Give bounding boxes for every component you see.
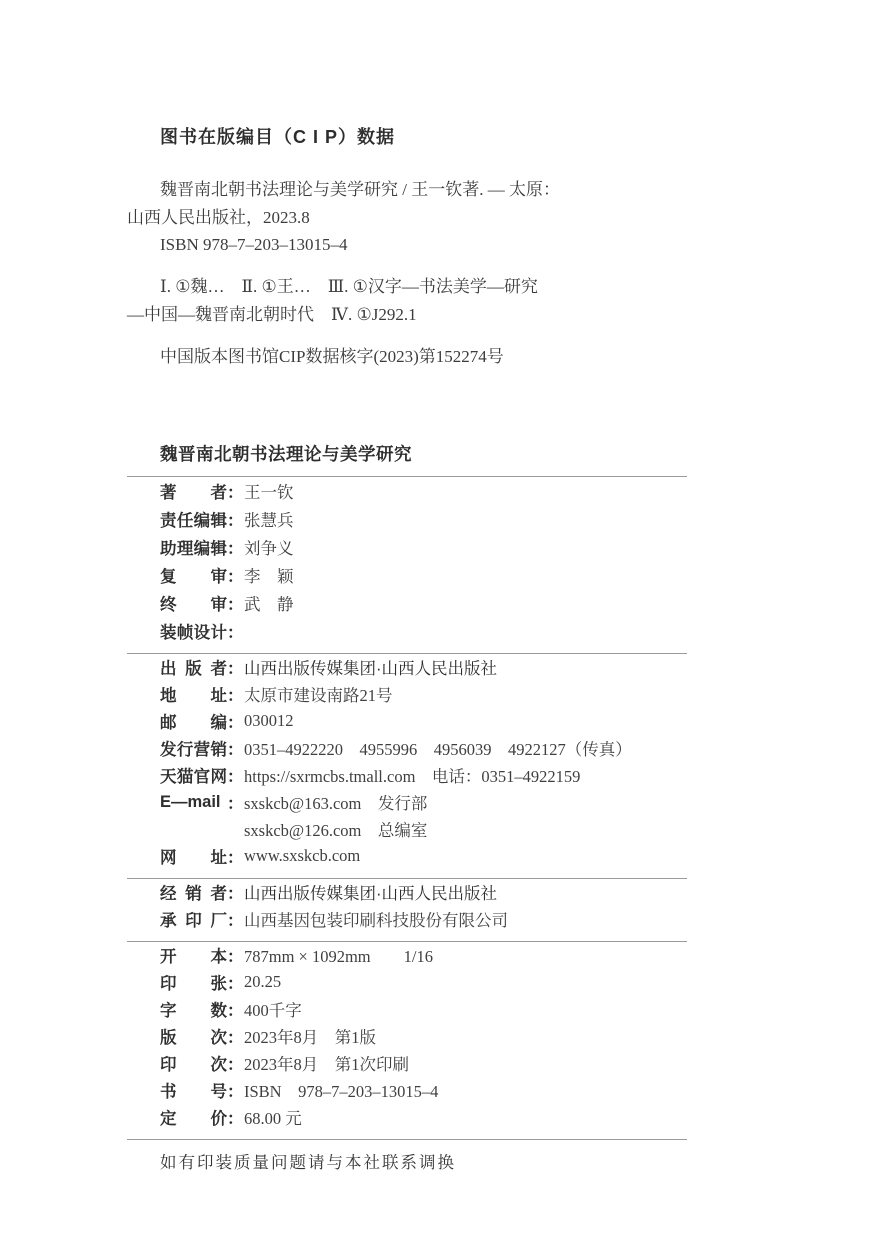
row-email-distribution: E—mail：sxskcb@163.com 发行部: [127, 789, 687, 816]
row-value: sxskcb@163.com 发行部: [244, 790, 427, 814]
row-value: 400千字: [244, 997, 302, 1021]
row-publisher: 出 版 者：山西出版传媒集团·山西人民出版社: [127, 654, 687, 681]
row-value: 武 静: [244, 591, 294, 615]
row-colon: ：: [227, 880, 244, 904]
cip-classification: Ⅰ. ①魏… Ⅱ. ①王… Ⅲ. ①汉字—书法美学—研究 —中国—魏晋南北朝时代…: [127, 273, 687, 329]
cip-title-statement-line2: 山西人民出版社，2023.8: [127, 204, 687, 232]
row-colon: ：: [227, 997, 244, 1021]
row-colon: ：: [227, 479, 244, 503]
row-value: 787mm × 1092mm 1/16: [244, 943, 433, 967]
row-value: 山西出版传媒集团·山西人民出版社: [244, 880, 497, 904]
cip-paragraph: 魏晋南北朝书法理论与美学研究 / 王一钦著. –– 太原： 山西人民出版社，20…: [127, 176, 687, 259]
row-label: 书 号: [160, 1078, 227, 1102]
row-value: 0351–4922220 4955996 4956039 4922127（传真）: [244, 736, 632, 760]
row-value: ISBN 978–7–203–13015–4: [244, 1078, 438, 1102]
row-second-reviewer: 复 审：李 颖: [127, 561, 687, 589]
row-value: 山西基因包装印刷科技股份有限公司: [244, 907, 508, 931]
cip-isbn-line: ISBN 978–7–203–13015–4: [127, 231, 687, 259]
row-label: E—mail: [160, 793, 227, 812]
row-value: 20.25: [244, 972, 281, 992]
row-label: 助理编辑: [160, 535, 227, 559]
distribution-printing-group: 经 销 者：山西出版传媒集团·山西人民出版社 承 印 厂：山西基因包装印刷科技股…: [127, 879, 687, 933]
divider: [127, 1139, 687, 1140]
row-distributor: 经 销 者：山西出版传媒集团·山西人民出版社: [127, 879, 687, 906]
row-colon: ：: [227, 1024, 244, 1048]
row-postcode: 邮 编：030012: [127, 708, 687, 735]
row-final-reviewer: 终 审：武 静: [127, 589, 687, 617]
row-label: 开 本: [160, 943, 227, 967]
row-distribution-phones: 发行营销：0351–4922220 4955996 4956039 492212…: [127, 735, 687, 762]
row-colon: ：: [227, 591, 244, 615]
row-colon: ：: [227, 1105, 244, 1129]
row-binding-design: 装帧设计：: [127, 617, 687, 645]
row-colon: ：: [227, 736, 244, 760]
row-book-number: 书 号：ISBN 978–7–203–13015–4: [127, 1077, 687, 1104]
row-colon: ：: [227, 682, 244, 706]
book-title: 魏晋南北朝书法理论与美学研究: [127, 441, 687, 467]
row-value: sxskcb@126.com 总编室: [244, 817, 427, 841]
row-impression: 印 次：2023年8月 第1次印刷: [127, 1050, 687, 1077]
row-value: 王一钦: [244, 479, 294, 503]
row-value: 2023年8月 第1次印刷: [244, 1051, 409, 1075]
row-value: 山西出版传媒集团·山西人民出版社: [244, 655, 497, 679]
row-label: 邮 编: [160, 709, 227, 733]
row-colon: ：: [227, 507, 244, 531]
print-spec-group: 开 本：787mm × 1092mm 1/16 印 张：20.25 字 数：40…: [127, 942, 687, 1131]
row-label: 复 审: [160, 563, 227, 587]
row-value: www.sxskcb.com: [244, 846, 360, 866]
copyright-page: 图书在版编目（C I P）数据 魏晋南北朝书法理论与美学研究 / 王一钦著. –…: [0, 0, 895, 1256]
row-value: 太原市建设南路21号: [244, 682, 393, 706]
row-label: 著 者: [160, 479, 227, 503]
row-colon: ：: [227, 709, 244, 733]
row-label: 发行营销: [160, 736, 227, 760]
row-colon: ：: [227, 563, 244, 587]
row-value: https://sxrmcbs.tmall.com 电话：0351–492215…: [244, 763, 580, 787]
row-colon: ：: [227, 844, 244, 868]
cip-classification-line2: —中国—魏晋南北朝时代 Ⅳ. ①J292.1: [127, 301, 687, 329]
row-email-editorial: sxskcb@126.com 总编室: [127, 816, 687, 843]
row-colon: ：: [227, 655, 244, 679]
row-colon: ：: [227, 943, 244, 967]
row-value: 刘争义: [244, 535, 294, 559]
row-colon: ：: [227, 763, 244, 787]
row-label: 印 张: [160, 970, 227, 994]
row-label: 天猫官网: [160, 763, 227, 787]
row-responsible-editor: 责任编辑：张慧兵: [127, 505, 687, 533]
row-label: 装帧设计: [160, 619, 227, 643]
row-label: 印 次: [160, 1051, 227, 1075]
row-assistant-editor: 助理编辑：刘争义: [127, 533, 687, 561]
cip-title-statement-line1: 魏晋南北朝书法理论与美学研究 / 王一钦著. –– 太原：: [127, 176, 687, 204]
row-label: 终 审: [160, 591, 227, 615]
row-edition: 版 次：2023年8月 第1版: [127, 1023, 687, 1050]
row-author: 著 者：王一钦: [127, 477, 687, 505]
row-price: 定 价：68.00 元: [127, 1104, 687, 1131]
row-label: 承 印 厂: [160, 907, 227, 931]
row-colon: ：: [227, 1078, 244, 1102]
cip-heading: 图书在版编目（C I P）数据: [127, 128, 687, 146]
editorial-staff-group: 著 者：王一钦 责任编辑：张慧兵 助理编辑：刘争义 复 审：李 颖 终 审：武 …: [127, 477, 687, 645]
cip-classification-line1: Ⅰ. ①魏… Ⅱ. ①王… Ⅲ. ①汉字—书法美学—研究: [127, 273, 687, 301]
row-value: 68.00 元: [244, 1105, 302, 1129]
row-label: 字 数: [160, 997, 227, 1021]
row-colon: ：: [227, 1051, 244, 1075]
row-website: 网 址：www.sxskcb.com: [127, 843, 687, 870]
row-address: 地 址：太原市建设南路21号: [127, 681, 687, 708]
row-label: 版 次: [160, 1024, 227, 1048]
cip-record-number: 中国版本图书馆CIP数据核字(2023)第152274号: [127, 343, 687, 371]
row-colon: ：: [227, 790, 244, 814]
row-value: 张慧兵: [244, 507, 294, 531]
row-word-count: 字 数：400千字: [127, 996, 687, 1023]
row-label: 责任编辑: [160, 507, 227, 531]
row-label: 网 址: [160, 844, 227, 868]
row-colon: ：: [227, 907, 244, 931]
row-label: 定 价: [160, 1105, 227, 1129]
row-label: 经 销 者: [160, 880, 227, 904]
row-value: 李 颖: [244, 563, 294, 587]
row-colon: ：: [227, 970, 244, 994]
row-printed-sheets: 印 张：20.25: [127, 969, 687, 996]
publisher-contact-group: 出 版 者：山西出版传媒集团·山西人民出版社 地 址：太原市建设南路21号 邮 …: [127, 654, 687, 870]
row-label: 出 版 者: [160, 655, 227, 679]
row-colon: ：: [227, 535, 244, 559]
row-printer: 承 印 厂：山西基因包装印刷科技股份有限公司: [127, 906, 687, 933]
page-content: 图书在版编目（C I P）数据 魏晋南北朝书法理论与美学研究 / 王一钦著. –…: [127, 0, 687, 1177]
row-format: 开 本：787mm × 1092mm 1/16: [127, 942, 687, 969]
row-label: 地 址: [160, 682, 227, 706]
quality-exchange-note: 如有印装质量问题请与本社联系调换: [127, 1149, 687, 1177]
row-value: 2023年8月 第1版: [244, 1024, 376, 1048]
row-tmall-store: 天猫官网：https://sxrmcbs.tmall.com 电话：0351–4…: [127, 762, 687, 789]
row-value: 030012: [244, 711, 294, 731]
row-colon: ：: [227, 619, 244, 643]
